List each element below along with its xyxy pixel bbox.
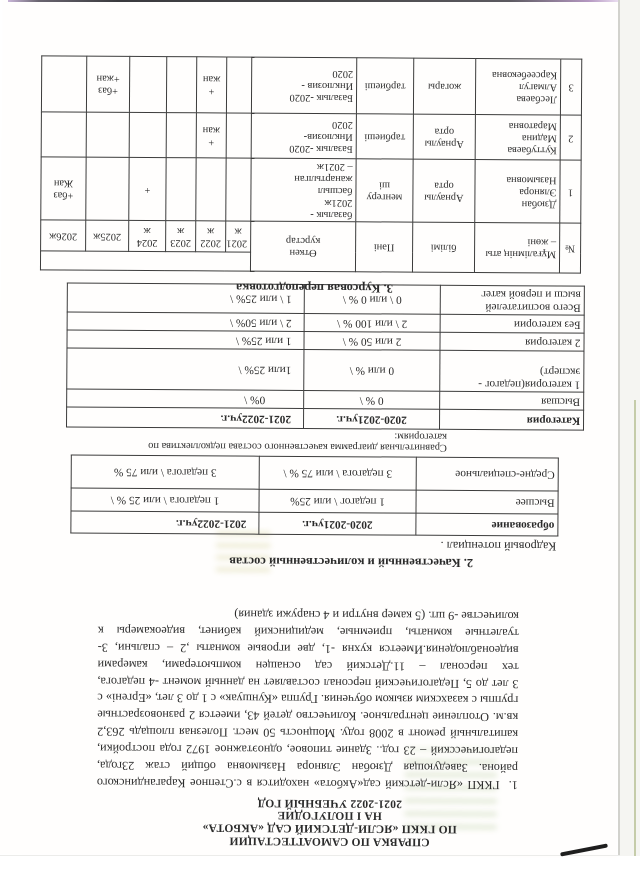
header-cell: 2020-2021уч.г. [303,408,439,429]
cell: 0% \ [67,389,304,408]
cell-year-mark: + [129,157,166,220]
cell-num: 3 [560,59,581,115]
scanned-page-rotated-180: СПРАВКА ПО САМОАТТЕСТАЦИИ ПО ГККП «ЯСЛИ-… [0,0,622,858]
cell-year-mark [226,57,251,113]
cell: Средне-специальное [416,457,558,491]
cell-courses: базалык - 2021ж басшыл жанартылган – 202… [251,158,356,222]
category-table: Категория 2020-2021уч.г. 2021-2022уч.г. … [66,283,585,431]
cell: 0 % \ [304,390,440,409]
cell-teacher-name: Лесбаева Алмагул Карсеебековна [475,59,560,116]
cell-num: 2 [560,115,581,160]
header-cell-num: № [559,223,580,273]
kadrovy-potencial-label: Кадровый потенциал . [441,538,557,554]
header-cell-subject: Пәні [355,222,412,272]
cell: 1 педагог \ или 25% [259,489,416,513]
cell-year-mark [129,56,166,112]
cell-education: жогары [413,58,475,114]
table-row-teacher: 3 Лесбаева Алмагул Карсеебековна жогары … [41,56,581,115]
education-table: образование 2020-2021уч.г. 2021-2022уч.г… [70,455,558,537]
list-number: 1. [509,778,518,792]
cell-year-mark: +баз Жан [41,157,86,220]
cell: 2 категория [440,332,584,351]
cell: Высшее [416,490,558,514]
header-cell: 2020-2021уч.г. [259,512,416,535]
header-cell-year: 2026ж [41,220,86,251]
header-cell: Категория [439,409,583,430]
table-row-teacher: 1 Дзюбан Элянора Назымовна Арнаулы орта … [41,157,581,223]
table-row: Средне-специальное 3 педагога \ или 75 %… [71,455,558,491]
cell-courses: Базалык -2020 Инклюзив- 2020 [251,113,356,159]
header-cell: 2021-2022уч.г. [71,511,259,534]
table-row: Без категории 2 \ или 100 % \ 2 \ или 50… [67,312,584,333]
cell-education: Арнаулы орта [413,114,475,159]
header-cell: 2021-2022уч.г. [67,407,304,428]
cell-year-mark [41,112,86,157]
header-cell-education: білімі [412,222,474,272]
cell-subject: менгеру ші [356,159,413,222]
cell-year-mark [41,56,86,112]
section-2-heading: 2. Качественный и количественный состав [84,553,618,571]
page-right-edge-line [618,0,620,856]
table-row: 1 категория(педагог - эксперт) 0 или % \… [67,348,584,392]
cell-teacher-name: Дзюбан Элянора Назымовна [475,160,560,224]
scan-top-edge-line [8,0,619,2]
header-cell-year: 2023 ж [166,221,196,252]
diagram-caption: Сравнительная диаграмма качественного со… [102,429,447,453]
section-3-heading: 3. Курсовая переподготовка [236,280,393,296]
cell-year-mark [129,112,166,157]
scanner-background-strip [620,0,640,856]
header-cell-teacher-name: Мұғалімнің аты – жөні [474,223,559,274]
cell-year-mark [196,158,226,221]
cell-year-mark [226,158,251,221]
intro-paragraph: 1. ГККП «Ясли-детский сад«Акбота» находи… [97,605,519,794]
cell-year-mark [166,158,196,221]
cell: 1 категория(педагог - эксперт) [440,350,584,392]
scan-green-edge-line [634,400,636,856]
header-cell-year: 2024 ж [129,220,166,251]
cell: 0 или % \ [304,349,440,391]
header-cell-years-span [40,251,250,271]
header-cell-year: 2022 ж [196,221,226,252]
cell-num: 1 [560,160,581,223]
table-row: 2 категория 2 или 50 % \ 1 или 25% \ [67,330,584,351]
header-cell-year: 2021 ж [226,221,251,252]
table-row-teacher: 2 Куттубаева Мадина Маратовна Арнаулы ор… [41,112,581,160]
cell-year-mark: + жан [196,57,226,113]
cell: 1 или 25% \ [67,330,304,349]
header-cell: образование [416,513,558,536]
cell: 3 педагога \ или 75 % [71,455,259,489]
cell-year-mark [86,112,129,157]
cell-subject: тарбиеші [356,58,413,114]
document-title-block: СПРАВКА ПО САМОАТТЕСТАЦИИ ПО ГККП «ЯСЛИ-… [42,794,616,849]
cell-year-mark: + жан [196,113,226,158]
cell: 3 педагога \ или 75 % \ [259,456,416,490]
cell-subject: тарбиеші [356,114,413,159]
table-header-row: Категория 2020-2021уч.г. 2021-2022уч.г. [67,407,584,430]
cell: 2 \ или 50% \ [67,312,304,331]
table-header-row: № Мұғалімнің аты – жөні білімі Пәні Өтке… [40,251,580,273]
table-header-row: образование 2020-2021уч.г. 2021-2022уч.г… [71,511,558,536]
table-row: Высшее 1 педагог \ или 25% 1 педагога \ … [71,488,558,514]
cell: 1или 25% \ [67,348,304,390]
cell: 2 или 50 % \ [304,331,440,350]
course-retraining-table: № Мұғалімнің аты – жөні білімі Пәні Өтке… [40,55,582,273]
table-row: Высшая 0 % \ 0% \ [67,389,584,410]
page-bottom-edge-line [0,855,620,856]
cell-year-mark [226,113,251,158]
cell: Высшая [440,391,584,410]
cell-year-mark: +баз +жан [86,56,129,112]
cell-year-mark [166,113,196,158]
scanned-document: СПРАВКА ПО САМОАТТЕСТАЦИИ ПО ГККП «ЯСЛИ-… [0,0,640,876]
cell-year-mark [86,157,129,220]
cell-courses: Базалык -2020 Инклюзив - 2020 [251,57,356,114]
cell: Без категории [440,314,584,333]
cell: 1 педагога \ или 25 % \ [71,488,259,512]
header-cell-courses: Өткен курстар [250,221,355,272]
header-cell-year: 2025ж [86,220,129,251]
intro-text: ГККП «Ясли-детский сад«Акбота» находится… [97,607,519,792]
cell-year-mark [166,57,196,113]
cell-education: Арнаулы орта [413,159,475,222]
cell-teacher-name: Куттубаева Мадина Маратовна [475,115,560,161]
cell: Всего воспитателей высш и первой катег [440,285,584,315]
cell: 2 \ или 100 % \ [304,313,440,332]
